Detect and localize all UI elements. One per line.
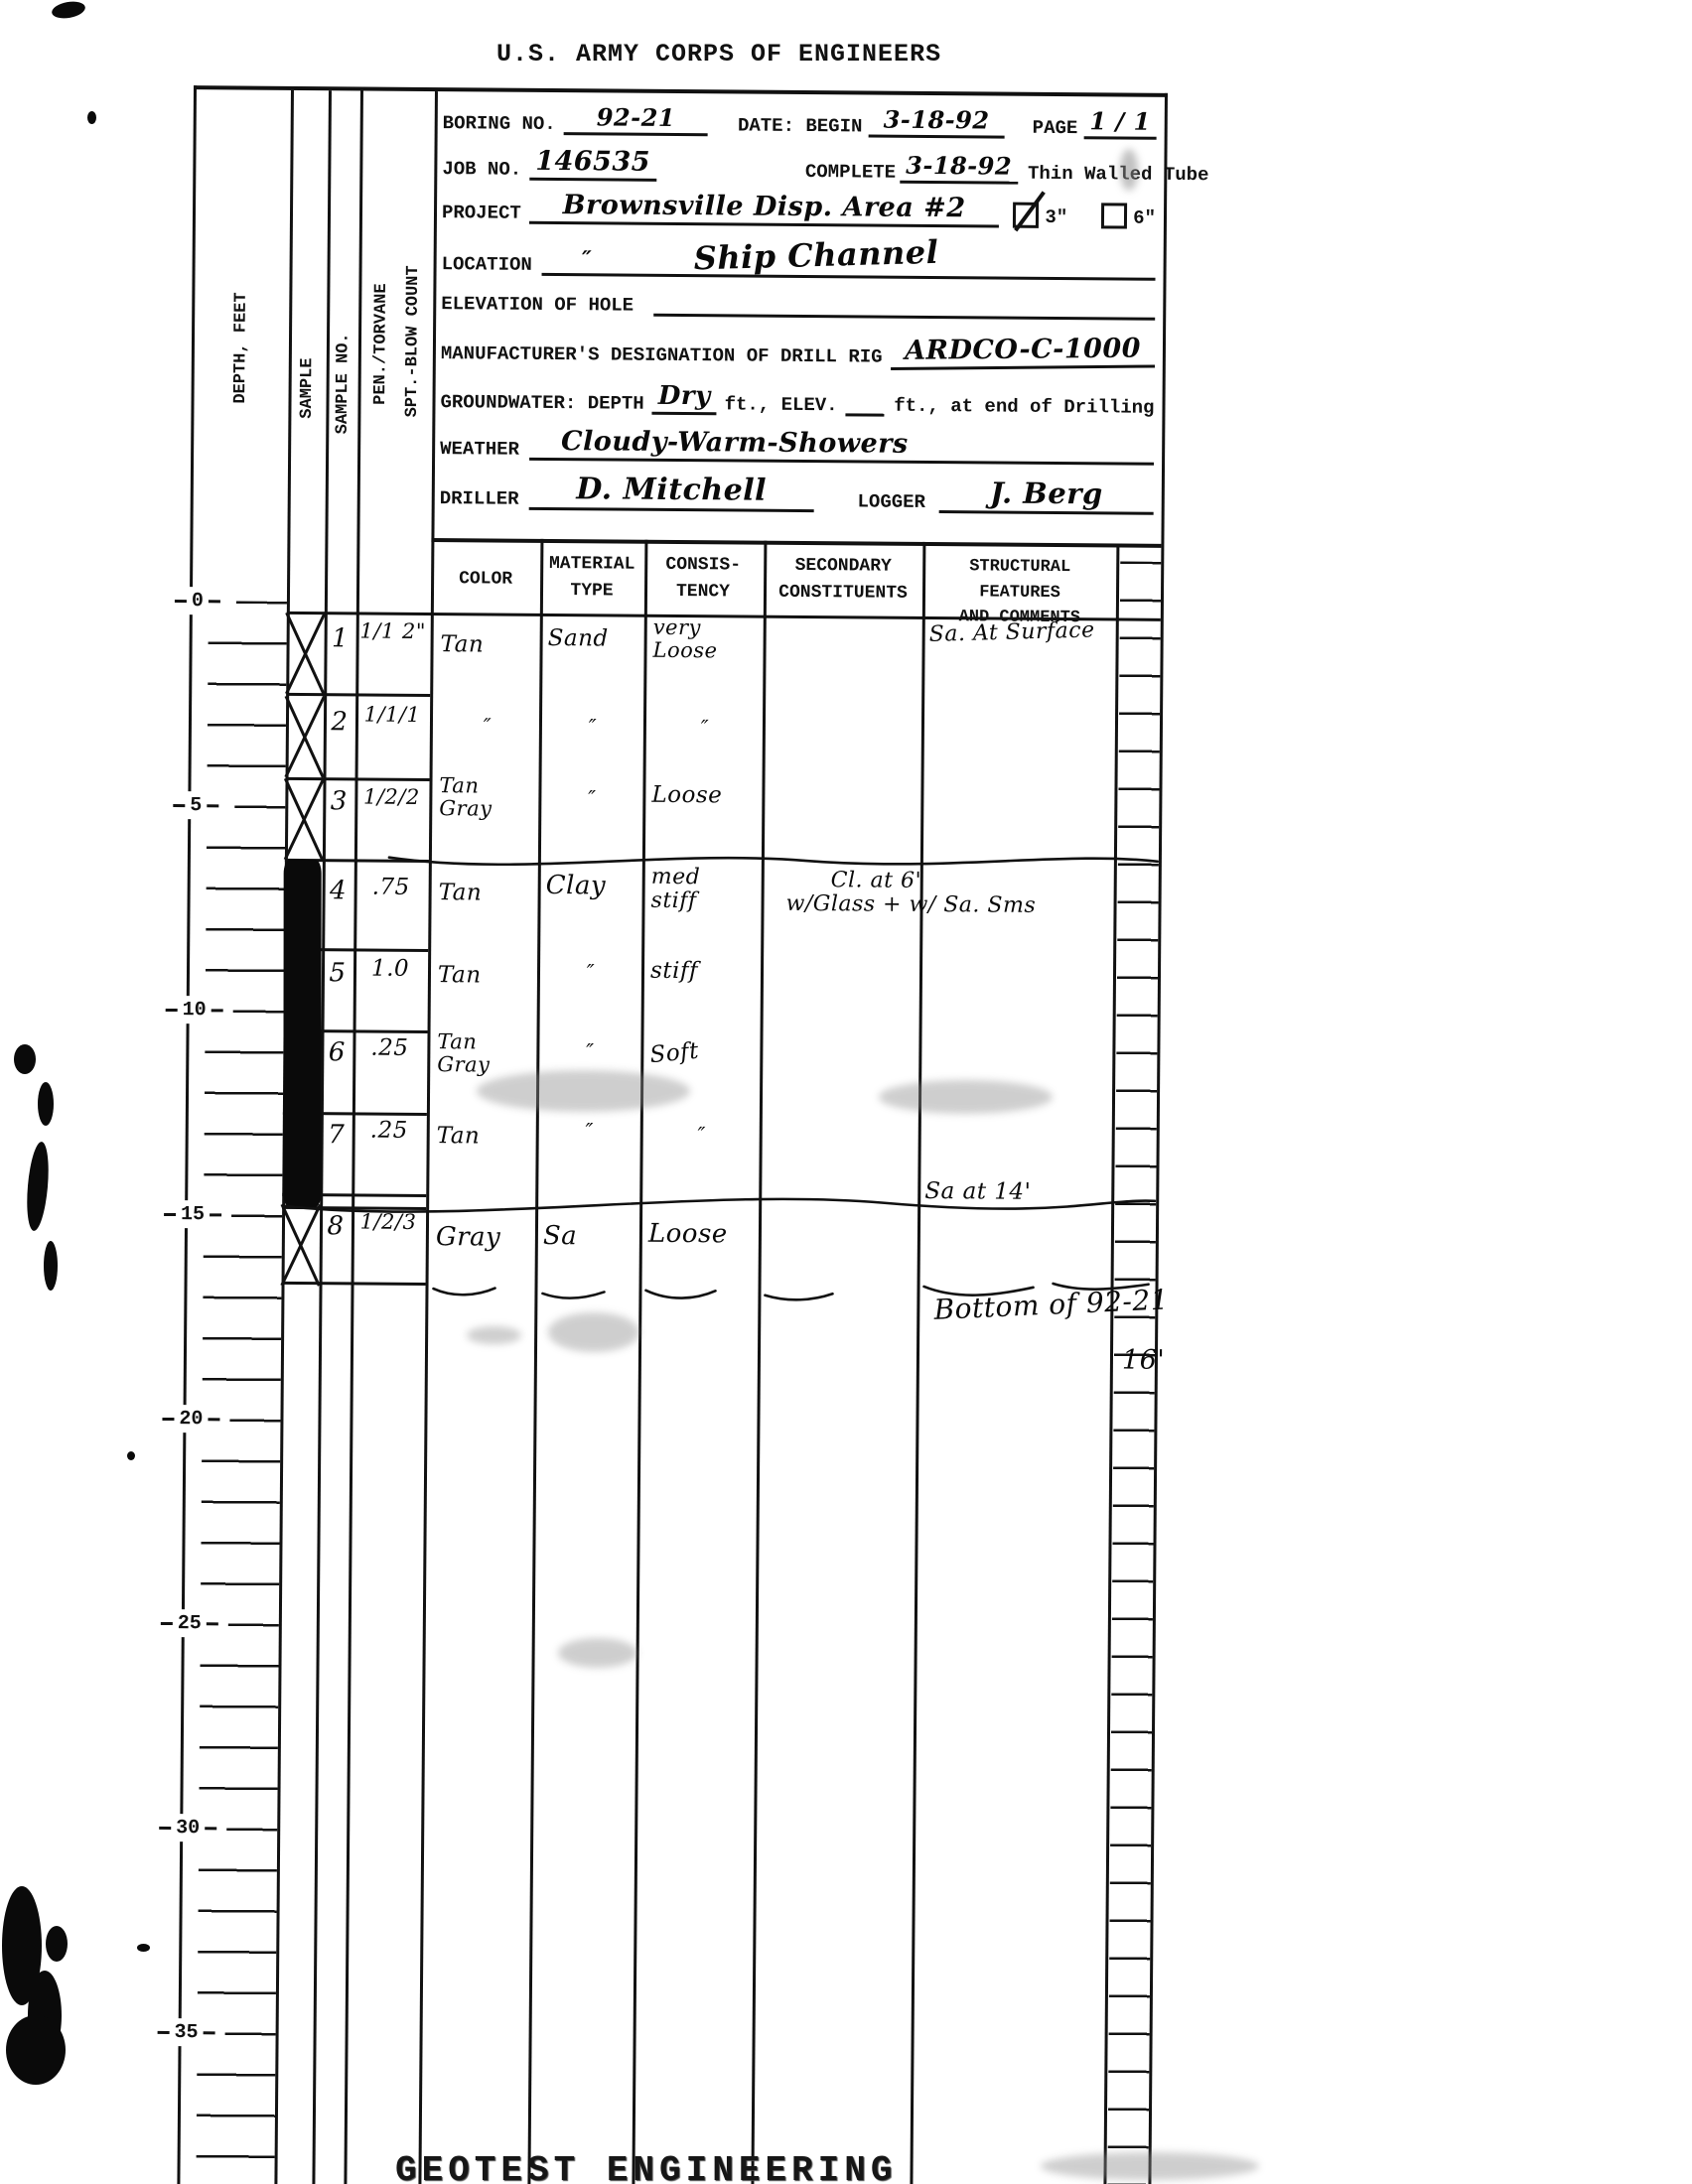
cell-sample-no: 2 xyxy=(324,708,355,736)
groundwater-depth-value: Dry xyxy=(652,383,717,416)
project-row: PROJECT Brownsville Disp. Area #2 3" 6" xyxy=(442,191,1156,229)
depth-label: 20 xyxy=(152,1405,229,1433)
scan-artifact xyxy=(24,1141,52,1231)
ft-end-label: ft., at end of Drilling xyxy=(894,395,1154,419)
location-row: LOCATION ″ Ship Channel xyxy=(442,236,1156,280)
groundwater-row: GROUNDWATER: DEPTH Dry ft., ELEV. ft., a… xyxy=(440,381,1154,419)
cell-material: ″ xyxy=(545,961,636,984)
cell-sample-no: 8 xyxy=(320,1212,352,1240)
column-header-material: MATERIAL TYPE xyxy=(542,551,641,606)
cell-color: Tan xyxy=(437,1124,532,1150)
cell-sample-no: 5 xyxy=(322,959,353,987)
depth-label: 15 xyxy=(154,1200,231,1229)
begin-date-value: 3-18-92 xyxy=(868,106,1005,138)
depth-feet-label: DEPTH, FEET xyxy=(231,292,251,403)
cell-consistency: Soft xyxy=(648,1033,756,1068)
cell-structural: Cl. at 6' w/Glass + w/ Sa. Sms xyxy=(785,869,1128,918)
scan-artifact xyxy=(51,0,86,21)
weather-row: WEATHER Cloudy-Warm-Showers xyxy=(440,427,1154,466)
cell-material: ″ xyxy=(544,1040,635,1063)
cell-material: Sand xyxy=(548,626,639,652)
page-label: PAGE xyxy=(1033,117,1078,139)
boring-no-label: BORING NO. xyxy=(443,112,556,135)
scan-artifact xyxy=(6,2015,66,2085)
check-mark-icon xyxy=(1015,192,1046,232)
column-header-color: COLOR xyxy=(436,566,535,594)
depth-label: 0 xyxy=(159,587,236,615)
annotation-bottom-depth: 16' xyxy=(1122,1346,1192,1376)
cell-sample-no: 7 xyxy=(321,1121,352,1149)
project-label: PROJECT xyxy=(442,202,521,224)
scan-smudge xyxy=(548,1312,639,1352)
scan-artifact xyxy=(44,1241,58,1291)
cell-material: Clay xyxy=(546,872,637,900)
scan-artifact xyxy=(38,1082,54,1126)
tube-label: Thin Walled Tube xyxy=(1028,163,1209,186)
weather-value: Cloudy-Warm-Showers xyxy=(529,428,1154,466)
scan-smudge xyxy=(477,1070,690,1112)
annotation-bottom-of-boring: Bottom of 92-21 xyxy=(933,1281,1272,1325)
weather-label: WEATHER xyxy=(440,438,519,461)
elevation-value xyxy=(653,286,1155,321)
cell-color: Gray xyxy=(436,1223,531,1252)
depth-label: 5 xyxy=(157,791,234,820)
cell-material: Sa xyxy=(543,1222,634,1251)
annotation-sand-at-14: Sa at 14' xyxy=(924,1179,1123,1205)
cell-consistency: Loose xyxy=(648,1220,754,1249)
complete-date-value: 3-18-92 xyxy=(900,153,1018,185)
tube-3-label: 3" xyxy=(1045,206,1067,228)
ft-elev-label: ft., ELEV. xyxy=(725,394,838,417)
rig-row: MANUFACTURER'S DESIGNATION OF DRILL RIG … xyxy=(441,332,1155,370)
cell-material: ″ xyxy=(546,787,637,810)
tube-3-checkbox xyxy=(1013,203,1039,228)
location-label: LOCATION xyxy=(442,253,532,276)
boring-log-form: 0 5 10 15 20 25 30 35 DEPTH, FEET SAMPLE… xyxy=(177,85,1168,2184)
cell-color: Tan xyxy=(438,963,533,989)
page-title: U.S. ARMY CORPS OF ENGINEERS xyxy=(496,40,941,68)
scan-smudge xyxy=(1120,149,1138,191)
cell-consistency: med stiff xyxy=(650,866,756,913)
depth-label: 25 xyxy=(151,1609,228,1638)
location-ditto-mark: ″ xyxy=(582,248,593,271)
cell-pen: 1/1/1 xyxy=(356,703,428,726)
scan-artifact xyxy=(46,1926,68,1962)
driller-label: DRILLER xyxy=(440,487,519,510)
depth-label: 35 xyxy=(148,2018,225,2047)
date-begin-label: DATE: BEGIN xyxy=(738,114,863,137)
location-value: ″ Ship Channel xyxy=(542,237,1156,280)
depth-ruler-ticks xyxy=(196,601,287,2184)
boring-row: BORING NO. 92-21 DATE: BEGIN 3-18-92 PAG… xyxy=(443,103,1157,140)
cell-consistency: stiff xyxy=(650,959,756,985)
rig-label: MANUFACTURER'S DESIGNATION OF DRILL RIG xyxy=(441,342,883,367)
logger-label: LOGGER xyxy=(857,490,925,513)
spt-blow-count-label: SPT.-BLOW COUNT xyxy=(403,265,423,417)
elevation-label: ELEVATION OF HOLE xyxy=(441,293,634,317)
cell-pen: 1/1 2" xyxy=(357,619,429,642)
driller-value: D. Mitchell xyxy=(528,474,813,512)
elevation-row: ELEVATION OF HOLE xyxy=(441,284,1155,321)
cell-color: Tan Gray xyxy=(439,774,534,820)
pen-torvane-label: PEN./TORVANE xyxy=(371,283,391,405)
logger-value: J. Berg xyxy=(939,478,1154,514)
depth-label: 30 xyxy=(149,1814,226,1843)
cell-consistency: Loose xyxy=(651,783,757,809)
scan-smudge xyxy=(467,1326,521,1344)
scan-smudge xyxy=(1041,2152,1259,2180)
rig-value: ARDCO-C-1000 xyxy=(890,335,1155,370)
scan-artifact xyxy=(137,1944,150,1952)
groundwater-elev-value xyxy=(846,386,885,417)
grid-line xyxy=(632,540,647,2184)
footer-company-name: GEOTEST ENGINEERING xyxy=(395,2150,897,2184)
cell-material: ″ xyxy=(547,716,638,739)
driller-row: DRILLER D. Mitchell LOGGER J. Berg xyxy=(440,473,1154,514)
depth-label: 10 xyxy=(156,996,233,1024)
sample-interval-box xyxy=(286,695,325,777)
job-row: JOB NO. 146535 COMPLETE 3-18-92 Thin Wal… xyxy=(442,147,1156,186)
project-value: Brownsville Disp. Area #2 xyxy=(529,192,1000,228)
cell-material: ″ xyxy=(544,1120,635,1143)
cell-consistency: ″ xyxy=(649,1124,755,1148)
cell-color: Tan xyxy=(441,632,536,658)
cell-sample-no: 3 xyxy=(323,787,354,815)
scan-smudge xyxy=(558,1638,637,1668)
boring-no-value: 92-21 xyxy=(564,104,708,136)
spacer xyxy=(1041,274,1150,275)
job-no-label: JOB NO. xyxy=(442,158,521,181)
cell-pen: .25 xyxy=(353,1035,425,1060)
cell-sample-no: 4 xyxy=(323,877,354,904)
complete-label: COMPLETE xyxy=(805,161,896,184)
scan-artifact xyxy=(127,1451,135,1460)
tube-6-checkbox xyxy=(1101,204,1127,229)
column-header-secondary: SECONDARY CONSTITUENTS xyxy=(767,553,919,608)
cell-consistency: ″ xyxy=(652,717,758,741)
sample-no-label: SAMPLE NO. xyxy=(334,333,353,434)
cell-pen: .25 xyxy=(353,1118,425,1143)
scan-artifact xyxy=(14,1044,36,1074)
cell-pen: 1/2/2 xyxy=(355,785,427,808)
sample-interval-box xyxy=(286,614,325,693)
sample-interval-box xyxy=(282,1208,321,1282)
cell-pen: 1.0 xyxy=(354,956,426,981)
cell-pen: .75 xyxy=(355,875,427,899)
cell-color: ″ xyxy=(440,715,535,738)
location-text: Ship Channel xyxy=(693,236,938,276)
continuous-sample-bar xyxy=(283,860,321,1207)
cell-color: Tan xyxy=(439,881,534,906)
grid-line xyxy=(910,542,925,2184)
tube-6-label: 6" xyxy=(1133,207,1156,229)
cell-color: Tan Gray xyxy=(437,1030,532,1076)
cell-sample-no: 6 xyxy=(321,1038,352,1066)
cell-consistency: very Loose xyxy=(652,616,758,662)
cell-sample-no: 1 xyxy=(325,624,356,652)
sample-interval-box xyxy=(285,779,324,859)
groundwater-label: GROUNDWATER: DEPTH xyxy=(440,391,643,415)
cell-pen: 1/2/3 xyxy=(352,1210,424,1233)
job-no-value: 146535 xyxy=(529,148,656,182)
sample-label: SAMPLE xyxy=(298,357,317,418)
scan-artifact xyxy=(87,111,96,124)
scan-smudge xyxy=(879,1080,1053,1114)
column-header-consistency: CONSIS- TENCY xyxy=(647,552,759,607)
page-value: 1 / 1 xyxy=(1083,108,1157,140)
